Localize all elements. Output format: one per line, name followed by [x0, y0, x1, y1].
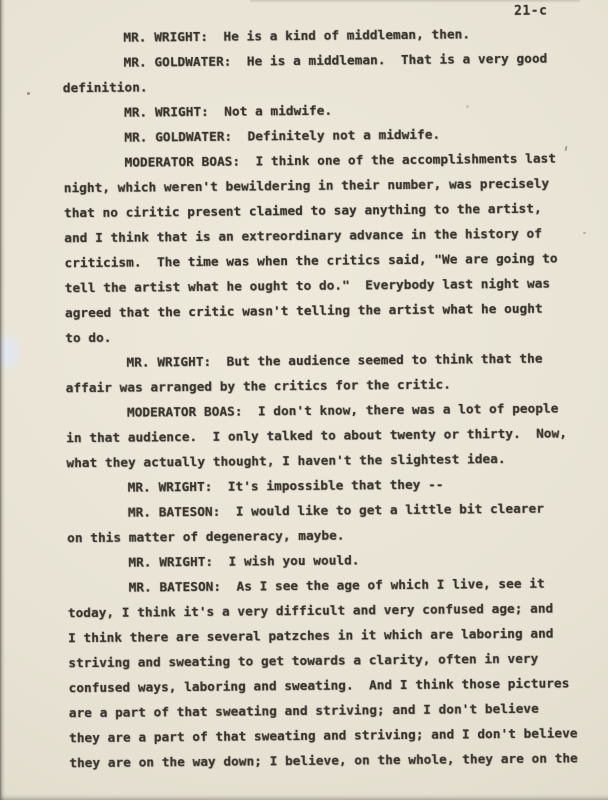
transcript-line: MR. BATESON: I would like to get a littl…	[67, 496, 597, 526]
scanned-transcript-page: 21-c MR. WRIGHT: He is a kind of middlem…	[0, 0, 608, 800]
transcript-line: MR. GOLDWATER: He is a middleman. That i…	[62, 46, 592, 76]
page-number: 21-c	[514, 4, 547, 19]
transcript-line: they are on the way down; I believe, on …	[69, 746, 599, 776]
transcript-line: agreed that the critic wasn't telling th…	[65, 296, 595, 326]
typewritten-text-block: 21-c MR. WRIGHT: He is a kind of middlem…	[0, 0, 608, 800]
transcript-line: in that audience. I only talked to about…	[66, 421, 596, 451]
transcript-line: MR. WRIGHT: But the audience seemed to t…	[65, 346, 595, 376]
transcript-body: MR. WRIGHT: He is a kind of middleman, t…	[62, 21, 599, 776]
